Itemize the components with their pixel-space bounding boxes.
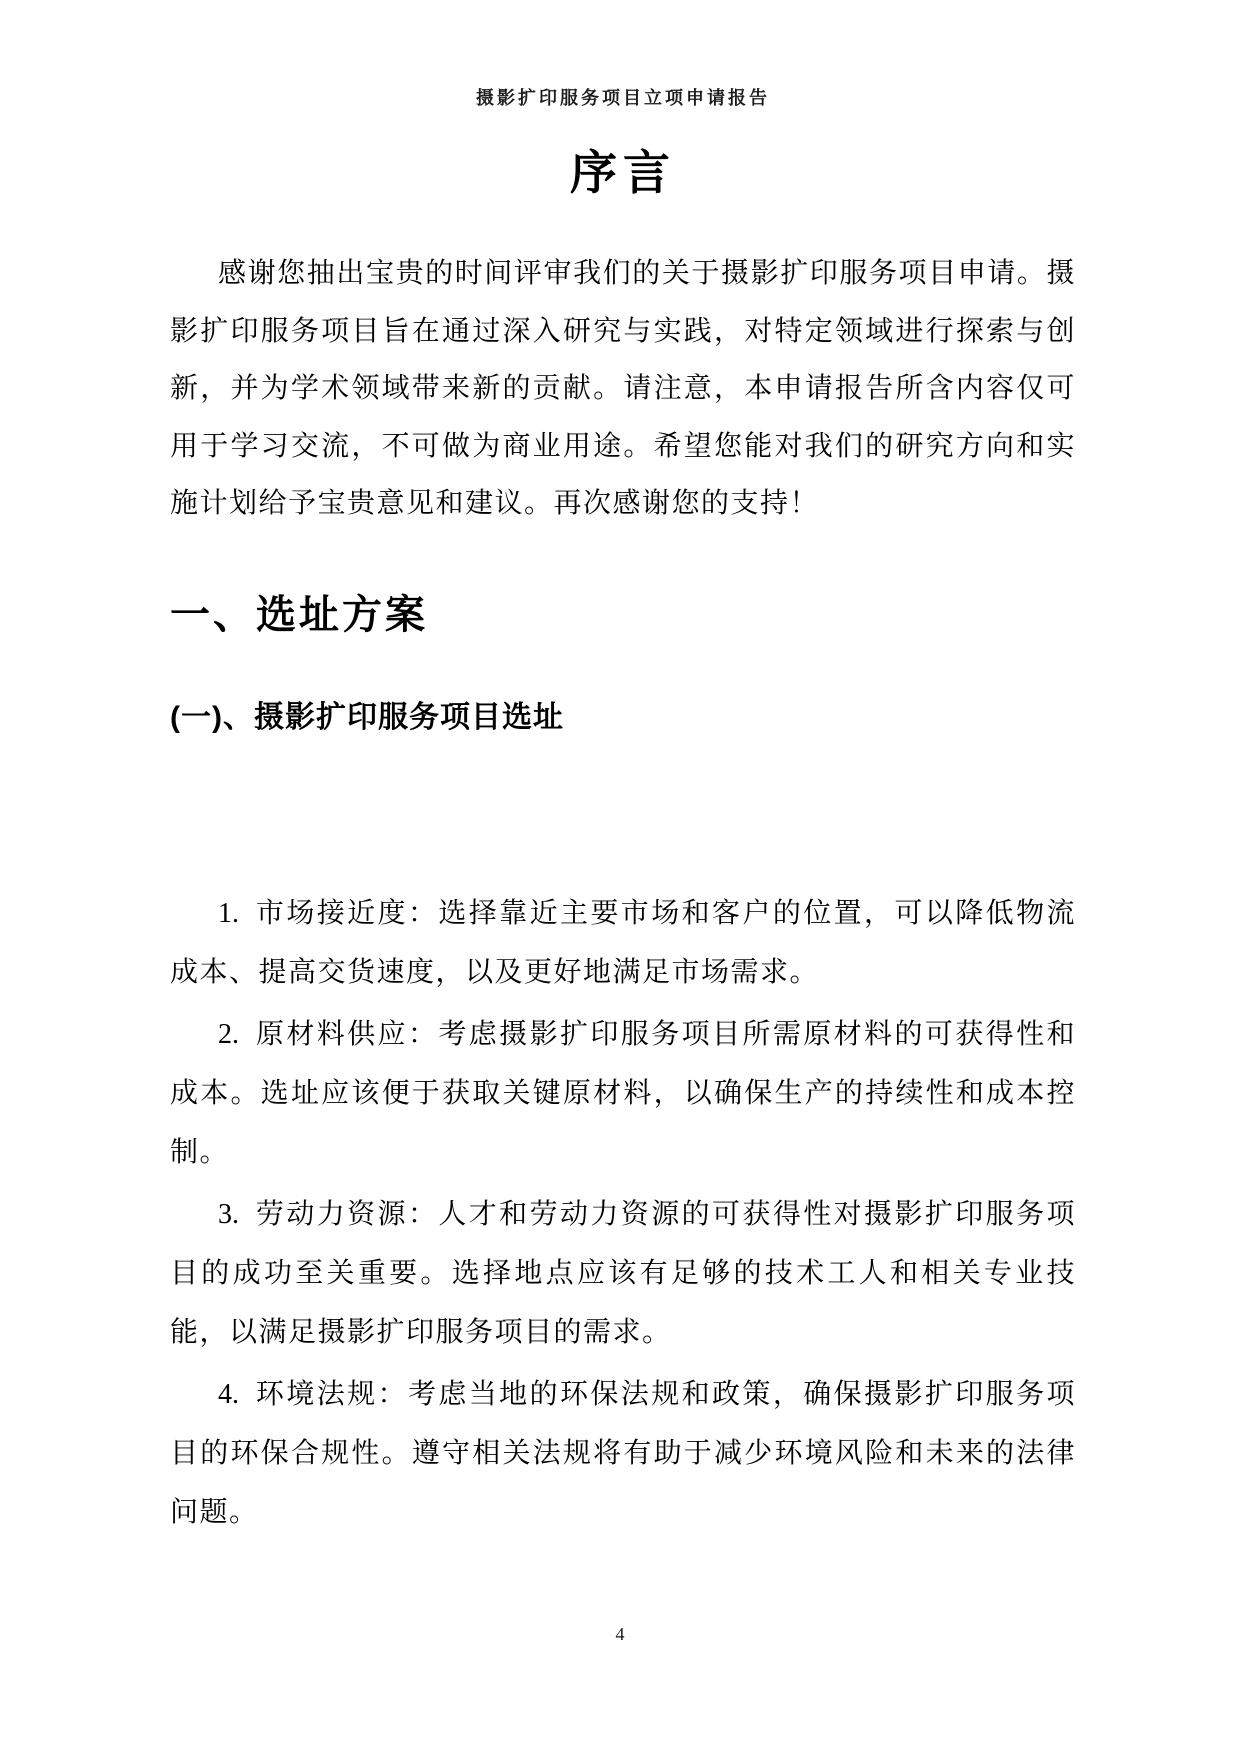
document-page: 摄影扩印服务项目立项申请报告 序言 感谢您抽出宝贵的时间评审我们的关于摄影扩印服… xyxy=(0,0,1240,1753)
list-item: 4.环境法规：考虑当地的环保法规和政策，确保摄影扩印服务项目的环保合规性。遵守相… xyxy=(170,1365,1076,1542)
list-item: 2.原材料供应：考虑摄影扩印服务项目所需原材料的可获得性和成本。选址应该便于获取… xyxy=(170,1005,1076,1182)
document-header: 摄影扩印服务项目立项申请报告 xyxy=(170,84,1076,110)
list-item: 3.劳动力资源：人才和劳动力资源的可获得性对摄影扩印服务项目的成功至关重要。选择… xyxy=(170,1185,1076,1362)
item-number: 2. xyxy=(218,1019,239,1050)
item-number: 4. xyxy=(218,1379,239,1410)
list-item: 1.市场接近度：选择靠近主要市场和客户的位置，可以降低物流成本、提高交货速度，以… xyxy=(170,884,1076,1002)
section-heading: 一、选址方案 xyxy=(170,583,1076,640)
page-title: 序言 xyxy=(170,136,1076,203)
item-number: 1. xyxy=(218,898,239,929)
item-text: 环境法规：考虑当地的环保法规和政策，确保摄影扩印服务项目的环保合规性。遵守相关法… xyxy=(170,1379,1076,1528)
item-text: 市场接近度：选择靠近主要市场和客户的位置，可以降低物流成本、提高交货速度，以及更… xyxy=(170,898,1076,988)
intro-paragraph: 感谢您抽出宝贵的时间评审我们的关于摄影扩印服务项目申请。摄影扩印服务项目旨在通过… xyxy=(170,245,1076,533)
numbered-list: 1.市场接近度：选择靠近主要市场和客户的位置，可以降低物流成本、提高交货速度，以… xyxy=(170,884,1076,1542)
item-number: 3. xyxy=(218,1199,239,1230)
subsection-heading: (一)、摄影扩印服务项目选址 xyxy=(170,692,1076,736)
item-text: 劳动力资源：人才和劳动力资源的可获得性对摄影扩印服务项目的成功至关重要。选择地点… xyxy=(170,1199,1076,1348)
page-number: 4 xyxy=(0,1624,1240,1645)
item-text: 原材料供应：考虑摄影扩印服务项目所需原材料的可获得性和成本。选址应该便于获取关键… xyxy=(170,1019,1076,1168)
